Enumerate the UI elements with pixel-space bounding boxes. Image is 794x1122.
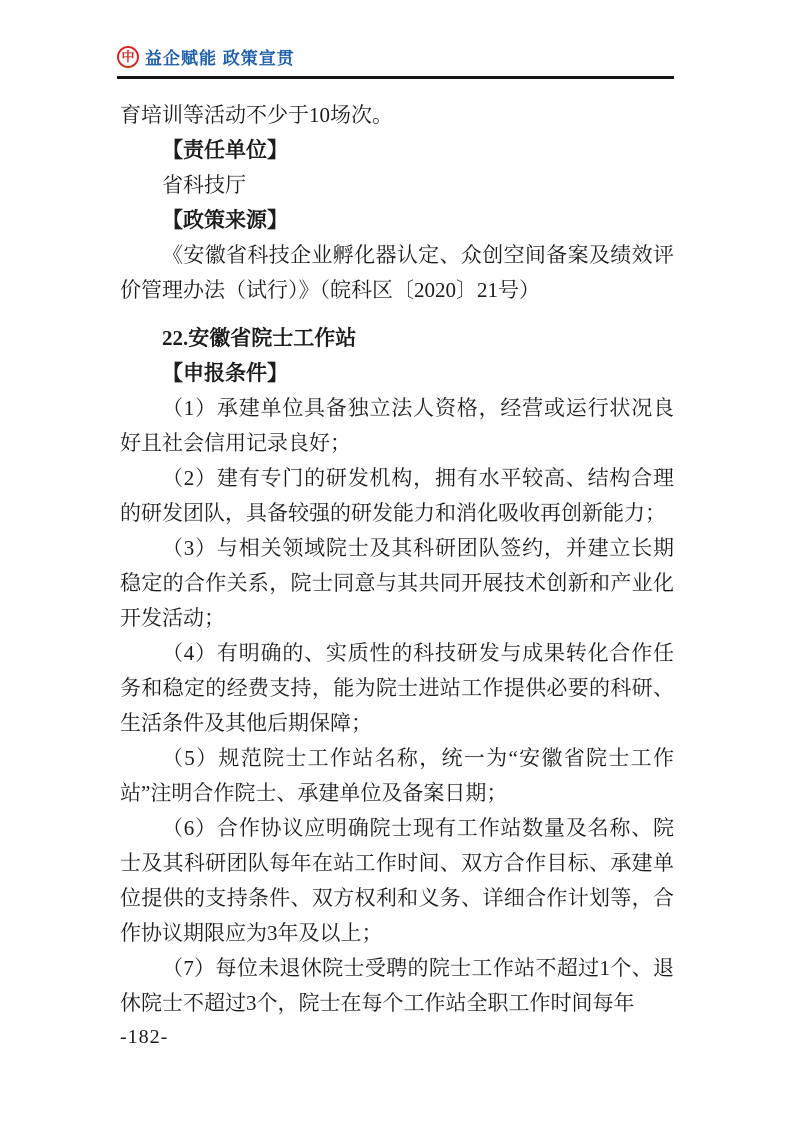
paragraph-condition-5: （5）规范院士工作站名称，统一为“安徽省院士工作站”注明合作院士、承建单位及备案… [120, 741, 674, 811]
document-page: 中 益企赋能 政策宣贯 育培训等活动不少于10场次。 【责任单位】 省科技厅 【… [0, 0, 794, 1122]
paragraph-condition-1: （1）承建单位具备独立法人资格，经营或运行状况良好且社会信用记录良好； [120, 391, 674, 461]
paragraph-policy-source: 《安徽省科技企业孵化器认定、众创空间备案及绩效评价管理办法（试行）》（皖科区〔2… [120, 238, 674, 308]
section-label-responsible-unit: 【责任单位】 [120, 133, 674, 168]
section-label-application-conditions: 【申报条件】 [120, 356, 674, 391]
paragraph-responsible-unit: 省科技厅 [120, 168, 674, 203]
paragraph-condition-3: （3）与相关领域院士及其科研团队签约，并建立长期稳定的合作关系，院士同意与其共同… [120, 531, 674, 636]
paragraph-condition-2: （2）建有专门的研发机构，拥有水平较高、结构合理的研发团队，具备较强的研发能力和… [120, 461, 674, 531]
paragraph-condition-7: （7）每位未退休院士受聘的院士工作站不超过1个、退休院士不超过3个，院士在每个工… [120, 951, 674, 1021]
brand-logo-icon: 中 [117, 46, 139, 68]
page-header: 中 益企赋能 政策宣贯 [117, 44, 674, 79]
brand-logo-glyph: 中 [121, 50, 134, 63]
paragraph-continuation: 育培训等活动不少于10场次。 [120, 98, 674, 133]
paragraph-condition-4: （4）有明确的、实质性的科技研发与成果转化合作任务和稳定的经费支持，能为院士进站… [120, 636, 674, 741]
section-label-policy-source: 【政策来源】 [120, 203, 674, 238]
brand-text: 益企赋能 政策宣贯 [145, 44, 295, 69]
paragraph-condition-6: （6）合作协议应明确院士现有工作站数量及名称、院士及其科研团队每年在站工作时间、… [120, 811, 674, 951]
section-heading-22: 22.安徽省院士工作站 [120, 321, 674, 356]
page-number: -182- [120, 1024, 168, 1050]
document-body: 育培训等活动不少于10场次。 【责任单位】 省科技厅 【政策来源】 《安徽省科技… [120, 98, 674, 1021]
